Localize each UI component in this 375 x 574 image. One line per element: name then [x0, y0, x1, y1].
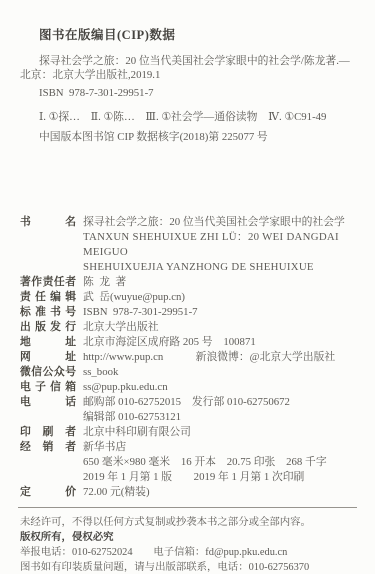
printer-value: 北京中科印刷有限公司 [83, 425, 357, 440]
cip-description: 探寻社会学之旅：20 位当代美国社会学家眼中的社会学/陈龙著.—北京：北京大学出… [20, 55, 357, 82]
price-value: 72.00 元(精装) [83, 485, 357, 500]
info-row-value: 北京中科印刷有限公司 [83, 425, 357, 440]
info-row-label: 标准书号 [20, 305, 76, 320]
address-value: 北京市海淀区成府路 205 号 100871 [83, 335, 357, 350]
author-value: 陈 龙 著 [83, 275, 357, 290]
info-row-value: 邮购部 010-62752015 发行部 010-62750672 编辑部 01… [83, 395, 357, 425]
cip-classification: Ⅰ. ①探… Ⅱ. ①陈… Ⅲ. ①社会学—通俗读物 Ⅳ. ①C91-49 [20, 111, 357, 125]
info-row-label: 定价 [20, 485, 76, 500]
info-row-email: 电子信箱 ss@pup.pku.edu.cn [20, 380, 357, 395]
info-row-label: 电子信箱 [20, 380, 76, 395]
info-row-value: 72.00 元(精装) [83, 485, 357, 500]
book-title-pinyin-line2: SHEHUIXUEJIA YANZHONG DE SHEHUIXUE [83, 260, 357, 275]
format-spec-line: 650 毫米×980 毫米 16 开本 20.75 印张 268 千字 [83, 455, 357, 470]
info-row-address: 地址 北京市海淀区成府路 205 号 100871 [20, 335, 357, 350]
info-row-phone: 电话 邮购部 010-62752015 发行部 010-62750672 编辑部… [20, 395, 357, 425]
phone-line1: 邮购部 010-62752015 发行部 010-62750672 [83, 395, 357, 410]
no-copy-notice: 未经许可，不得以任何方式复制或抄袭本书之部分或全部内容。 [20, 515, 357, 530]
copyright-notice-block: 未经许可，不得以任何方式复制或抄袭本书之部分或全部内容。 版权所有，侵权必究 举… [20, 515, 357, 574]
info-row-label: 印刷者 [20, 425, 76, 440]
info-row-value: ss@pup.pku.edu.cn [83, 380, 357, 395]
cip-data-block: 图书在版编目(CIP)数据 探寻社会学之旅：20 位当代美国社会学家眼中的社会学… [20, 25, 357, 145]
info-row-book-title: 书名 探寻社会学之旅：20 位当代美国社会学家眼中的社会学 TANXUN SHE… [20, 215, 357, 275]
editor-value: 武 岳(wuyue@pup.cn) [83, 290, 357, 305]
info-row-label: 出版发行 [20, 320, 76, 335]
email-value: ss@pup.pku.edu.cn [83, 380, 357, 395]
distributor-value: 新华书店 [83, 440, 357, 455]
quality-contact: 图书如有印装质量问题，请与出版部联系，电话：010-62756370 [20, 560, 357, 574]
info-row-value: 陈 龙 著 [83, 275, 357, 290]
info-row-editor: 责任编辑 武 岳(wuyue@pup.cn) [20, 290, 357, 305]
info-row-label: 责任编辑 [20, 290, 76, 305]
cip-header: 图书在版编目(CIP)数据 [39, 25, 357, 43]
publisher-value: 北京大学出版社 [83, 320, 357, 335]
book-title-chinese: 探寻社会学之旅：20 位当代美国社会学家眼中的社会学 [83, 215, 357, 230]
cip-isbn: ISBN 978-7-301-29951-7 [20, 87, 357, 101]
info-row-author: 著作责任者 陈 龙 著 [20, 275, 357, 290]
info-row-value: ss_book [83, 365, 357, 380]
divider-rule [18, 507, 357, 508]
info-row-value: ISBN 978-7-301-29951-7 [83, 305, 357, 320]
publication-info-table: 书名 探寻社会学之旅：20 位当代美国社会学家眼中的社会学 TANXUN SHE… [20, 215, 357, 500]
info-row-value: 北京市海淀区成府路 205 号 100871 [83, 335, 357, 350]
info-row-price: 定价 72.00 元(精装) [20, 485, 357, 500]
info-row-isbn: 标准书号 ISBN 978-7-301-29951-7 [20, 305, 357, 320]
isbn-value: ISBN 978-7-301-29951-7 [83, 305, 357, 320]
info-row-label: 著作责任者 [20, 275, 76, 290]
info-row-wechat: 微信公众号 ss_book [20, 365, 357, 380]
info-row-publisher: 出版发行 北京大学出版社 [20, 320, 357, 335]
info-row-label: 网址 [20, 350, 76, 365]
edition-line: 2019 年 1 月第 1 版 2019 年 1 月第 1 次印刷 [83, 470, 357, 485]
info-row-label: 电话 [20, 395, 76, 410]
info-row-value: 武 岳(wuyue@pup.cn) [83, 290, 357, 305]
info-row-label: 地址 [20, 335, 76, 350]
report-contact: 举报电话：010-62752024 电子信箱：fd@pup.pku.edu.cn [20, 545, 357, 560]
phone-line2: 编辑部 010-62753121 [83, 410, 357, 425]
info-row-value: 新华书店 650 毫米×980 毫米 16 开本 20.75 印张 268 千字… [83, 440, 357, 485]
rights-statement: 版权所有，侵权必究 [20, 530, 357, 545]
info-row-website: 网址 http://www.pup.cn 新浪微博：@北京大学出版社 [20, 350, 357, 365]
info-row-label: 微信公众号 [20, 365, 76, 380]
info-row-label: 书名 [20, 215, 76, 230]
cip-record-number: 中国版本图书馆 CIP 数据核字(2018)第 225077 号 [20, 131, 357, 145]
info-row-value: http://www.pup.cn 新浪微博：@北京大学出版社 [83, 350, 357, 365]
info-row-distributor: 经销者 新华书店 650 毫米×980 毫米 16 开本 20.75 印张 26… [20, 440, 357, 485]
website-value: http://www.pup.cn 新浪微博：@北京大学出版社 [83, 350, 357, 365]
copyright-page: 图书在版编目(CIP)数据 探寻社会学之旅：20 位当代美国社会学家眼中的社会学… [0, 0, 375, 574]
info-row-label: 经销者 [20, 440, 76, 455]
info-row-value: 探寻社会学之旅：20 位当代美国社会学家眼中的社会学 TANXUN SHEHUI… [83, 215, 357, 275]
info-row-value: 北京大学出版社 [83, 320, 357, 335]
wechat-value: ss_book [83, 365, 357, 380]
book-title-pinyin-line1: TANXUN SHEHUIXUE ZHI LÜ：20 WEI DANGDAI M… [83, 230, 357, 260]
info-row-printer: 印刷者 北京中科印刷有限公司 [20, 425, 357, 440]
